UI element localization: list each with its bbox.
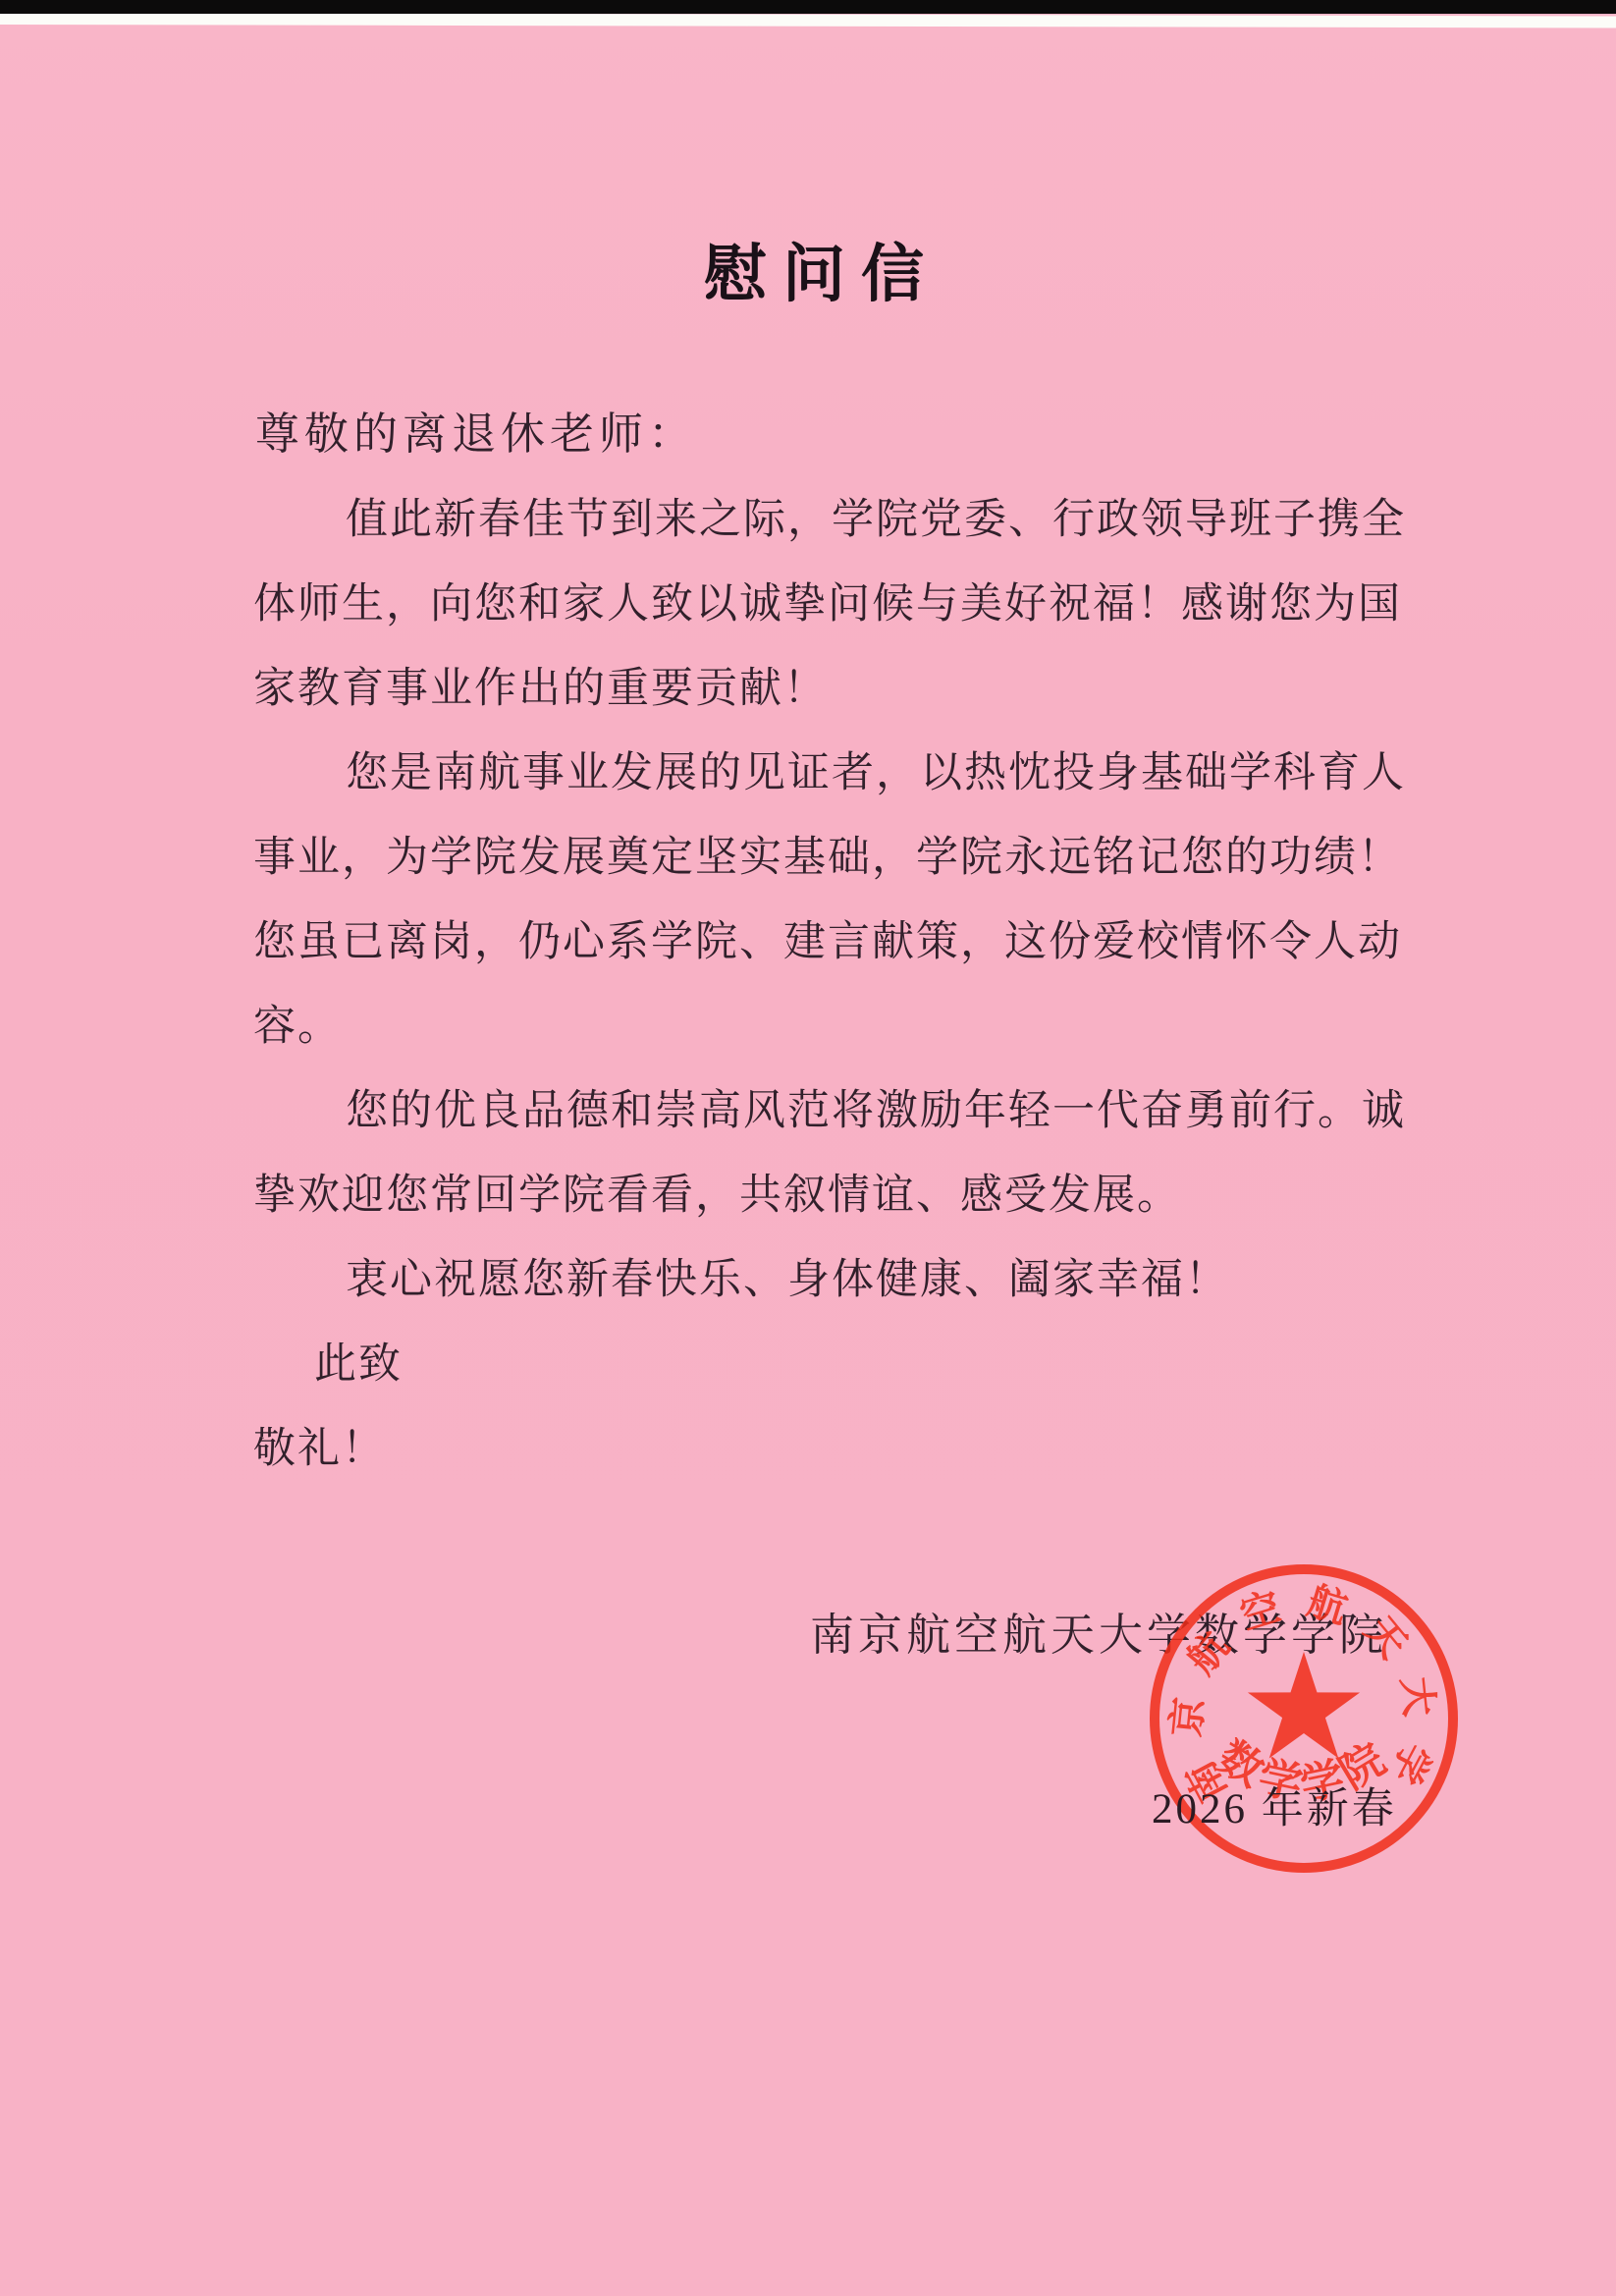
body-line: 您是南航事业发展的见证者，以热忱投身基础学科育人 [253, 732, 1398, 816]
body-line: 值此新春佳节到来之际，学院党委、行政领导班子携全 [253, 478, 1398, 563]
body-line: 容。 [253, 985, 1398, 1069]
star-icon [1248, 1652, 1360, 1759]
body-line: 家教育事业作出的重要贡献！ [253, 647, 1398, 732]
body-line: 挚欢迎您常回学院看看，共叙情谊、感受发展。 [253, 1154, 1398, 1238]
body-line: 您虽已离岗，仍心系学院、建言献策，这份爱校情怀令人动 [253, 901, 1398, 985]
closing-cizhi: 此致 [253, 1323, 1398, 1407]
official-seal: 南京航空航天大学 数学学院 [1127, 1542, 1481, 1895]
closing-jingli: 敬礼！ [253, 1407, 1398, 1492]
body-line: 体师生，向您和家人致以诚挚问候与美好祝福！感谢您为国 [253, 563, 1398, 647]
body-line: 衷心祝愿您新春快乐、身体健康、阖家幸福！ [253, 1238, 1398, 1323]
letter-page: 慰问信 尊敬的离退休老师： 值此新春佳节到来之际，学院党委、行政领导班子携全 体… [0, 0, 1616, 2296]
letter-title: 慰问信 [253, 224, 1390, 314]
letter-date: 2026 年新春 [1152, 1776, 1397, 1835]
scan-edge-white [0, 13, 1616, 27]
letter-salutation: 尊敬的离退休老师： [255, 398, 697, 462]
scan-edge-black [0, 0, 1616, 14]
body-line: 事业，为学院发展奠定坚实基础，学院永远铭记您的功绩！ [253, 816, 1398, 901]
body-line: 您的优良品德和崇高风范将激励年轻一代奋勇前行。诚 [253, 1069, 1398, 1154]
letter-body: 值此新春佳节到来之际，学院党委、行政领导班子携全 体师生，向您和家人致以诚挚问候… [253, 478, 1398, 1492]
